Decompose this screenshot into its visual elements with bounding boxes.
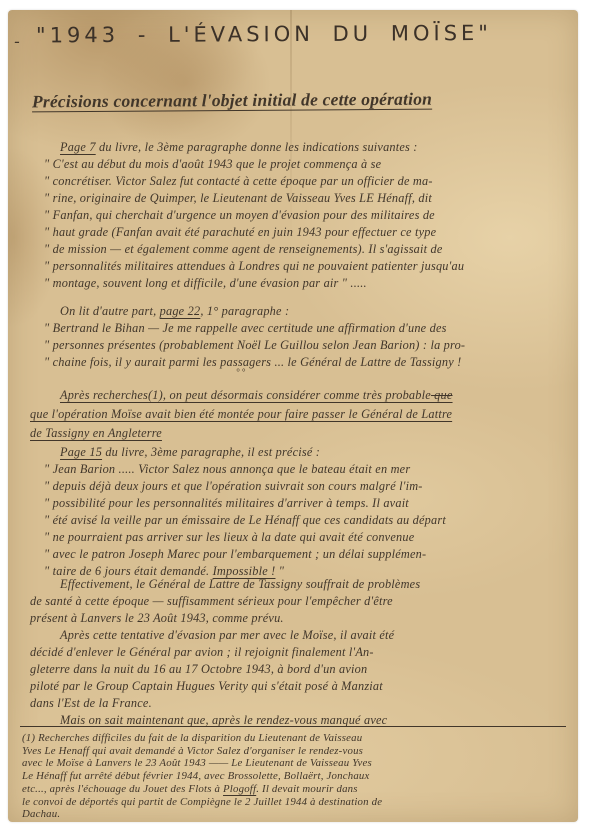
footnote-line: le convoi de déportés qui partit de Comp… (22, 796, 570, 809)
footnote-line: etc..., après l'échouage du Jouet des Fl… (22, 783, 570, 796)
handwritten-line: piloté par le Group Captain Hugues Verit… (30, 678, 564, 695)
section-page7-quote: " C'est au début du mois d'août 1943 que… (44, 156, 464, 292)
section-page22: On lit d'autre part, page 22, 1° paragra… (30, 303, 465, 371)
handwritten-line: gleterre dans la nuit du 16 au 17 Octobr… (30, 661, 564, 678)
handwritten-line: " chaine fois, il y aurait parmi les pas… (44, 354, 465, 371)
handwritten-line: " Fanfan, qui cherchait d'urgence un moy… (44, 207, 464, 224)
handwritten-line: " C'est au début du mois d'août 1943 que… (44, 156, 464, 173)
handwritten-line: Effectivement, le Général de Lattre de T… (30, 576, 564, 593)
footnote-separator (20, 726, 566, 727)
handwritten-line: dans l'Est de la France. (30, 695, 564, 712)
handwritten-line: " rine, originaire de Quimper, le Lieute… (44, 190, 464, 207)
section-page22-quote: " Bertrand le Bihan — Je me rappelle ave… (44, 320, 465, 371)
page-title: "1943 - L'ÉVASION DU MOÏSE" (36, 21, 566, 48)
section-page15-quote: " Jean Barion ..... Victor Salez nous an… (44, 461, 446, 580)
handwritten-line: présent à Lanvers le 23 Août 1943, comme… (30, 610, 564, 627)
handwritten-line: décidé d'enlever le Général par avion ; … (30, 644, 564, 661)
handwritten-line: " personnalités militaires attendues à L… (44, 258, 464, 275)
handwritten-line: " montage, souvent long et difficile, d'… (44, 275, 464, 292)
handwritten-line: de Tassigny en Angleterre (30, 424, 453, 443)
handwritten-line: de santé à cette époque — suffisamment s… (30, 593, 564, 610)
footnote-line: avec le Moïse à Lanvers le 23 Août 1943 … (22, 757, 570, 770)
footnote-line: Yves Le Henaff qui avait demandé à Victo… (22, 745, 570, 758)
handwritten-line: " depuis déjà deux jours et que l'opérat… (44, 478, 446, 495)
handwritten-line: que l'opération Moïse avait bien été mon… (30, 405, 453, 424)
handwritten-line: " personnes présentes (probablement Noël… (44, 337, 465, 354)
footnote-line: Dachau. (22, 808, 570, 821)
handwritten-line: Après cette tentative d'évasion par mer … (30, 627, 564, 644)
handwritten-line: Après recherches(1), on peut désormais c… (30, 386, 453, 405)
handwritten-line: " ne pourraient pas arriver sur les lieu… (44, 529, 446, 546)
scanned-handwritten-page: - "1943 - L'ÉVASION DU MOÏSE" Précisions… (8, 10, 578, 822)
conclusion-statement: Après recherches(1), on peut désormais c… (30, 386, 453, 443)
footnote-line: (1) Recherches difficiles du fait de la … (22, 732, 570, 745)
section-page15-heading: Page 15 du livre, 3ème paragraphe, il es… (60, 444, 446, 461)
section-page15: Page 15 du livre, 3ème paragraphe, il es… (30, 444, 446, 580)
insertion-mark: °° (236, 367, 247, 377)
footnote-line: Le Hénaff fut arrêté début février 1944,… (22, 770, 570, 783)
section-page7: Page 7 du livre, le 3ème paragraphe donn… (30, 139, 464, 292)
handwritten-line: " Bertrand le Bihan — Je me rappelle ave… (44, 320, 465, 337)
handwritten-line: " possibilité pour les personnalités mil… (44, 495, 446, 512)
handwritten-line: " haut grade (Fanfan avait été parachuté… (44, 224, 464, 241)
closing-paragraphs: Effectivement, le Général de Lattre de T… (30, 576, 564, 729)
section-page7-heading: Page 7 du livre, le 3ème paragraphe donn… (60, 139, 464, 156)
page-subtitle: Précisions concernant l'objet initial de… (32, 89, 432, 113)
handwritten-line: " de mission — et également comme agent … (44, 241, 464, 258)
handwritten-line: " avec le patron Joseph Marec pour l'emb… (44, 546, 446, 563)
section-page22-heading: On lit d'autre part, page 22, 1° paragra… (60, 303, 465, 320)
handwritten-line: " été avisé la veille par un émissaire d… (44, 512, 446, 529)
margin-dash-mark: - (14, 32, 20, 51)
footnote: (1) Recherches difficiles du fait de la … (22, 732, 570, 821)
handwritten-line: " concrétiser. Victor Salez fut contacté… (44, 173, 464, 190)
handwritten-line: " Jean Barion ..... Victor Salez nous an… (44, 461, 446, 478)
